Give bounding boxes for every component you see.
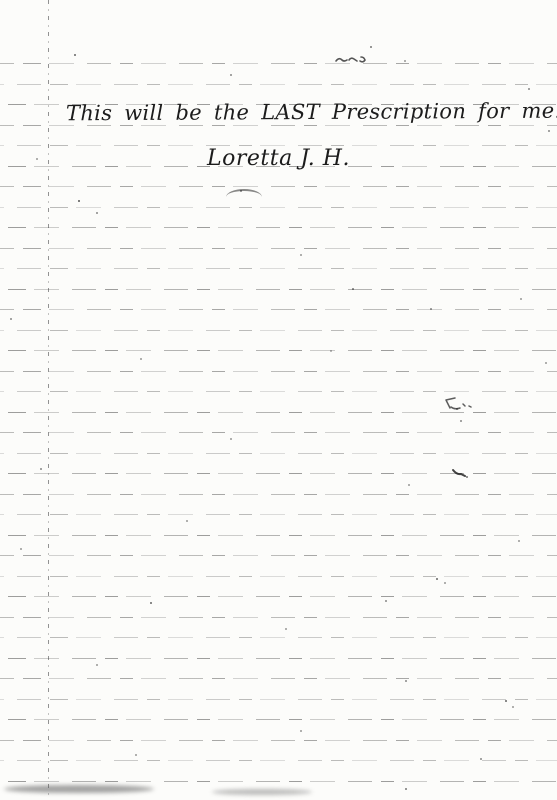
ruled-line [0, 678, 557, 679]
note-body-text: This will be the LAST Prescription for m… [66, 99, 557, 126]
ruled-line [0, 84, 557, 85]
ruled-line [0, 309, 557, 310]
scratch-mark-mid [443, 394, 477, 412]
ink-blob-mid [451, 465, 469, 479]
ruled-line [0, 699, 557, 700]
ruled-line [0, 473, 557, 474]
ruled-line [0, 227, 557, 228]
ruled-line [0, 781, 557, 782]
scanned-note-page: This will be the LAST Prescription for m… [0, 0, 557, 800]
ruled-line [0, 63, 557, 64]
ruled-line [0, 350, 557, 351]
ruled-line [0, 637, 557, 638]
bottom-smear-left [4, 785, 154, 793]
ruled-line [0, 207, 557, 208]
ruled-line [0, 555, 557, 556]
ruled-line [0, 576, 557, 577]
ruled-line [0, 719, 557, 720]
ruled-line [0, 248, 557, 249]
note-signature: Loretta J. H. [0, 146, 557, 171]
ruled-line [0, 186, 557, 187]
margin-line [48, 0, 49, 800]
ruled-line [0, 453, 557, 454]
ruled-line [0, 535, 557, 536]
ruled-line [0, 740, 557, 741]
scan-noise-specks [0, 0, 2, 2]
stray-arc-mark [226, 189, 262, 197]
ruled-line [0, 617, 557, 618]
ruled-line [0, 514, 557, 515]
bottom-smear-right [212, 789, 312, 795]
ruled-line [0, 494, 557, 495]
ruled-line [0, 760, 557, 761]
ink-smudge-top [334, 50, 368, 62]
ruled-line [0, 268, 557, 269]
ruled-line [0, 289, 557, 290]
ruled-line [0, 658, 557, 659]
ruled-line [0, 432, 557, 433]
ruled-line [0, 330, 557, 331]
ruled-line [0, 371, 557, 372]
ruled-line [0, 391, 557, 392]
ruled-line [0, 596, 557, 597]
